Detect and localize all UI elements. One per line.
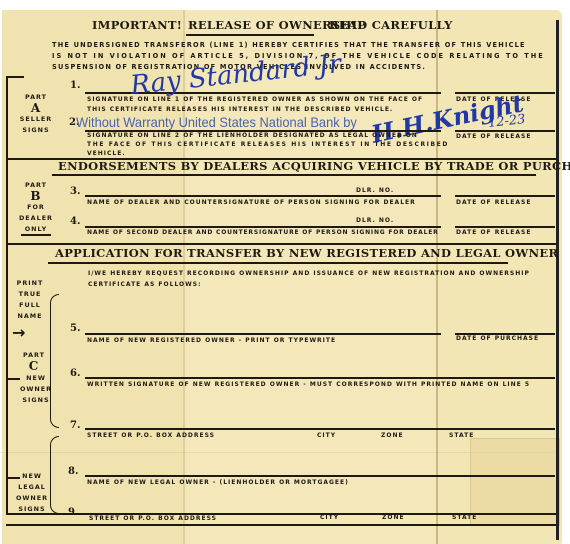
part-b-heading: ENDORSEMENTS BY DEALERS ACQUIRING VEHICL… — [58, 159, 570, 173]
line-3-dlr-no: DLR. NO. — [356, 187, 394, 194]
read-carefully-label: READ CAREFULLY — [329, 18, 453, 32]
part-b-only-underline — [21, 234, 51, 236]
line-5-caption: NAME OF NEW REGISTERED OWNER - PRINT OR … — [87, 337, 336, 344]
line-1-caption-2: THIS CERTIFICATE RELEASES HIS INTEREST I… — [87, 106, 393, 113]
form-bottom-border — [6, 524, 556, 526]
part-c-heading: APPLICATION FOR TRANSFER BY NEW REGISTER… — [55, 246, 558, 260]
line-6-number: 6. — [70, 368, 80, 379]
line-9-state-label: STATE — [452, 514, 477, 521]
line-5-number: 5. — [70, 323, 80, 334]
line-4-caption: NAME OF SECOND DEALER AND COUNTERSIGNATU… — [87, 229, 439, 236]
line-3-date-line[interactable] — [455, 195, 555, 197]
part-b-heading-underline — [52, 174, 536, 176]
line-7-state-label: STATE — [449, 432, 474, 439]
part-a-label: PART A SELLER SIGNS — [12, 92, 60, 136]
line-7-city-label: CITY — [317, 432, 336, 439]
part-b-letter: B — [12, 191, 60, 202]
line-6-signature-field[interactable] — [85, 377, 555, 379]
border-top-tick — [6, 76, 24, 78]
line-8-caption: NAME OF NEW LEGAL OWNER - (LIENHOLDER OR… — [87, 479, 349, 486]
line-3-number: 3. — [70, 186, 80, 197]
fold-crease — [436, 10, 438, 544]
line-5-date-label: DATE OF PURCHASE — [456, 335, 539, 342]
request-line-2: CERTIFICATE AS FOLLOWS: — [88, 281, 202, 288]
part-c-heading-underline — [48, 262, 508, 264]
print-true-full-name-label: PRINT TRUE FULL NAME — [6, 278, 54, 322]
line-3-caption: NAME OF DEALER AND COUNTERSIGNATURE OF P… — [87, 199, 416, 206]
line-4-number: 4. — [70, 216, 80, 227]
new-legal-owner-signs-label: NEW LEGAL OWNER SIGNS — [8, 471, 56, 515]
without-warranty-stamp: Without Warranty United States National … — [76, 114, 357, 130]
line-1-number: 1. — [70, 80, 80, 91]
request-line-1: I/WE HEREBY REQUEST RECORDING OWNERSHIP … — [88, 270, 530, 277]
line-7-zone-label: ZONE — [381, 432, 404, 439]
intro-line-1: THE UNDERSIGNED TRANSFEROR (LINE 1) HERE… — [52, 41, 526, 49]
line-7-number: 7. — [70, 420, 80, 431]
line-4-dlr-no: DLR. NO. — [356, 217, 394, 224]
line-2-date-label: DATE OF RELEASE — [456, 133, 531, 140]
line-8-legal-owner-field[interactable] — [85, 475, 555, 477]
line-9-city-label: CITY — [320, 514, 339, 521]
new-owner-signs-label: NEW OWNER SIGNS — [12, 373, 60, 406]
line-9-caption: STREET OR P.O. BOX ADDRESS — [89, 515, 217, 522]
part-b-divider — [6, 243, 556, 245]
line-3-dealer-line[interactable] — [85, 195, 441, 197]
line-7-caption: STREET OR P.O. BOX ADDRESS — [87, 432, 215, 439]
arrow-right-icon: → — [12, 323, 25, 342]
line-2-caption-3: VEHICLE. — [87, 150, 126, 157]
part-b-label: PART B FOR DEALER ONLY — [12, 180, 60, 235]
line-5-name-field[interactable] — [85, 333, 441, 335]
line-1-caption-1: SIGNATURE ON LINE 1 OF THE REGISTERED OW… — [87, 96, 423, 103]
line-2-caption-2: THE FACE OF THIS CERTIFICATE RELEASES HI… — [87, 141, 449, 148]
line-3-date-label: DATE OF RELEASE — [456, 199, 531, 206]
line-8-number: 8. — [68, 466, 78, 477]
title-underline — [186, 34, 314, 36]
part-a-letter: A — [12, 103, 60, 114]
part-c-label: PART C — [10, 350, 58, 372]
line-4-dealer-line[interactable] — [85, 226, 441, 228]
line-9-number: 9. — [68, 507, 78, 518]
important-label: IMPORTANT! — [92, 18, 182, 32]
line-7-address-field[interactable] — [85, 428, 555, 430]
line-4-date-label: DATE OF RELEASE — [456, 229, 531, 236]
line-2-caption-1: SIGNATURE ON LINE 2 OF THE LIENHOLDER DE… — [87, 132, 418, 139]
part-c-letter: C — [10, 361, 58, 372]
line-4-date-line[interactable] — [455, 226, 555, 228]
line-2-date-line[interactable] — [455, 130, 555, 132]
line-6-caption: WRITTEN SIGNATURE OF NEW REGISTERED OWNE… — [87, 381, 530, 388]
border-right — [556, 20, 559, 540]
line-9-zone-label: ZONE — [382, 514, 405, 521]
